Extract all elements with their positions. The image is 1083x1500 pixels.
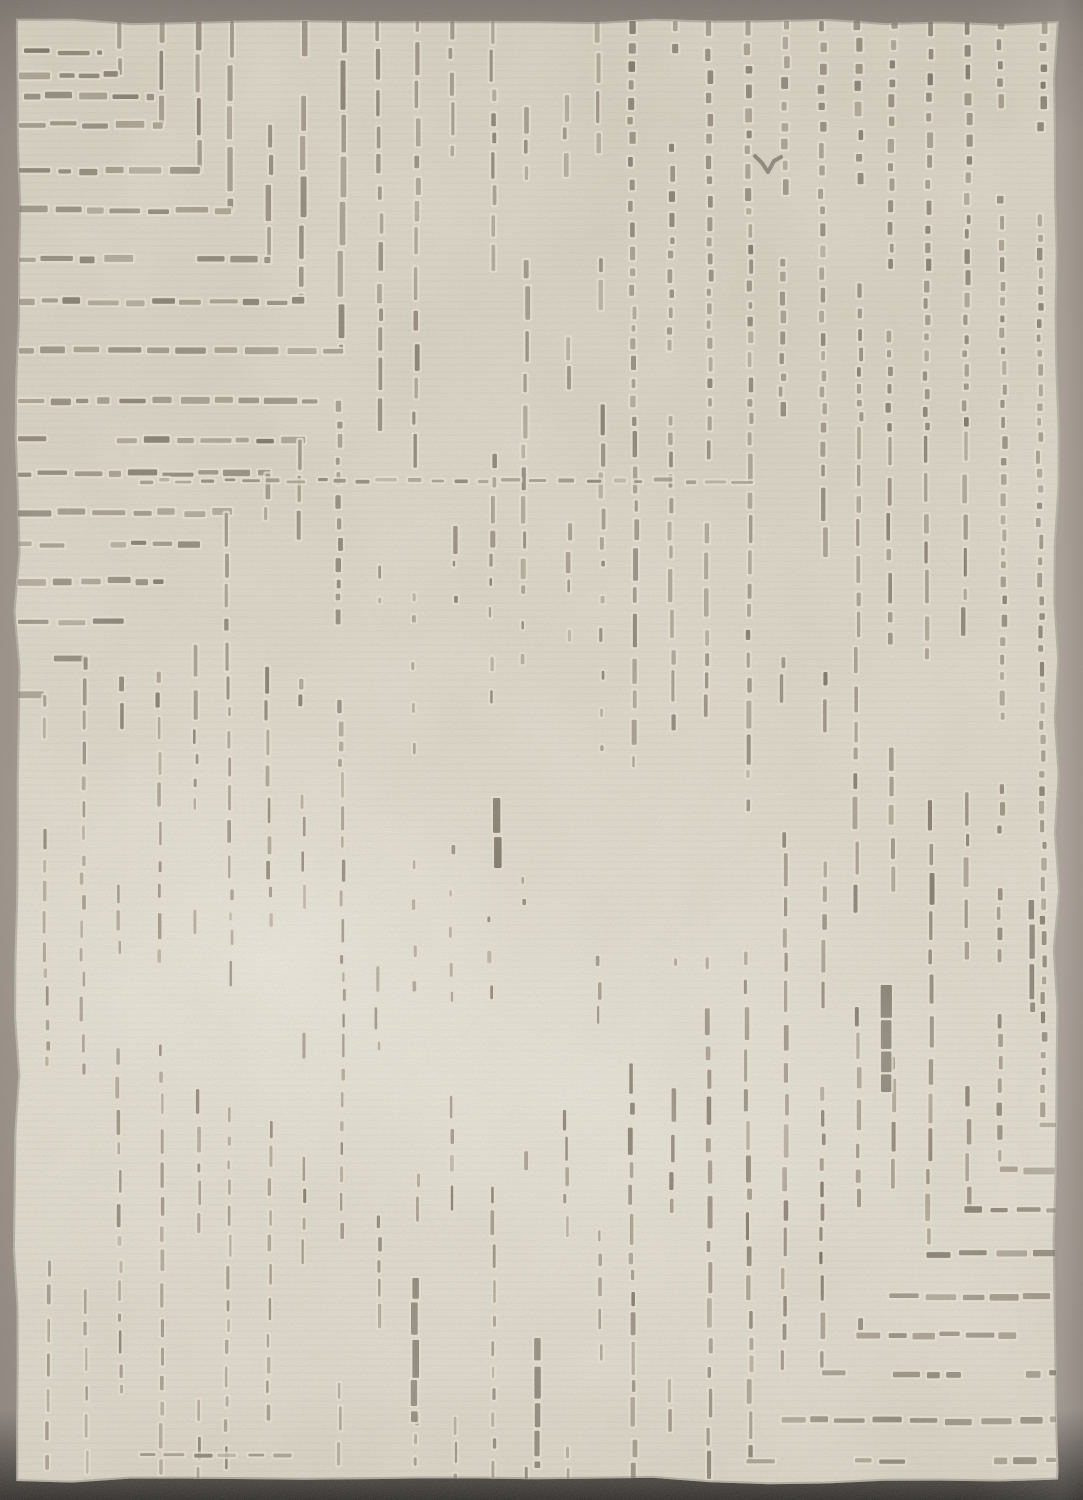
wool-grain-texture bbox=[0, 0, 1083, 1500]
rug-pattern-svg bbox=[0, 0, 1083, 1500]
rug-photo bbox=[0, 0, 1083, 1500]
